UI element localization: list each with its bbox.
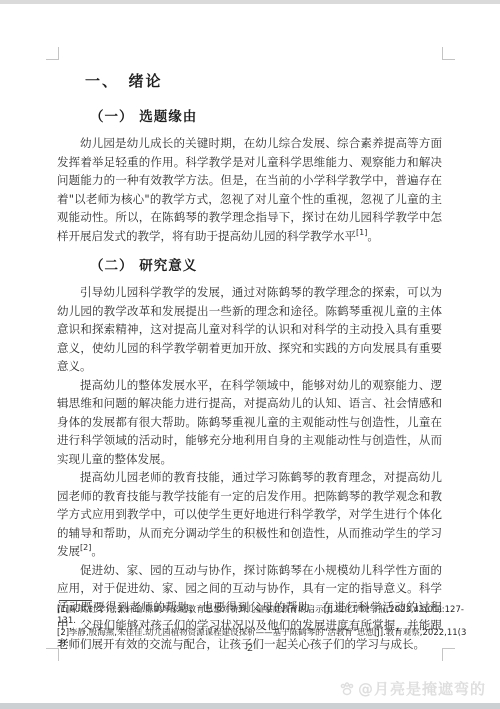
margin-corner-mark-top-right <box>442 47 455 60</box>
margin-corner-mark-top-left <box>46 47 59 60</box>
section-title-research-significance: （二） 研究意义 <box>90 254 442 274</box>
paragraph-text: 幼儿园是幼儿成长的关键时期，在幼儿综合发展、综合素养提高等方面发挥着举足轻重的作… <box>57 136 442 243</box>
footnote-ref-1: [1] <box>356 228 367 237</box>
paragraph-tail: 。 <box>91 544 103 558</box>
paragraph-tail: 。 <box>367 229 379 243</box>
page-number: 2 <box>0 643 500 654</box>
section-title-topic-origin: （一） 选题缘由 <box>90 105 442 125</box>
chapter-heading: 一、 绪论 <box>85 70 442 91</box>
paragraph-text: 引导幼儿园科学教学的发展，通过对陈鹤琴的教学理念的探索，可以为幼儿园的教学改革和… <box>57 285 442 373</box>
watermark-text: @月亮是掩遮弯的 <box>358 678 486 699</box>
paragraph-text: 提高幼儿的整体发展水平，在科学领域中，能够对幼儿的观察能力、逻辑思维和问题的解决… <box>57 378 442 466</box>
document-page: 一、 绪论 （一） 选题缘由 幼儿园是幼儿成长的关键时期，在幼儿综合发展、综合素… <box>0 0 500 709</box>
document-body: 一、 绪论 （一） 选题缘由 幼儿园是幼儿成长的关键时期，在幼儿综合发展、综合素… <box>57 70 442 653</box>
paw-icon <box>339 681 355 697</box>
paragraph-significance-2: 提高幼儿的整体发展水平，在科学领域中，能够对幼儿的观察能力、逻辑思维和问题的解决… <box>57 376 442 469</box>
bottom-page-edge <box>0 703 500 709</box>
paragraph-text: 提高幼儿园老师的教育技能，通过学习陈鹤琴的教育理念，对提高幼儿园老师的教育技能与… <box>57 470 442 558</box>
footnote-1: [1]陈琪,杜学元,张轩瑜.陈鹤琴家庭教育思想对特殊儿童家庭教育的启示[J].绥… <box>57 605 469 626</box>
footnote-separator-rule <box>59 600 92 601</box>
paragraph-topic-origin: 幼儿园是幼儿成长的关键时期，在幼儿综合发展、综合素养提高等方面发挥着举足轻重的作… <box>57 134 442 245</box>
footnote-ref-2: [2] <box>80 543 91 552</box>
paragraph-significance-3: 提高幼儿园老师的教育技能，通过学习陈鹤琴的教育理念，对提高幼儿园老师的教育技能与… <box>57 468 442 561</box>
paragraph-significance-1: 引导幼儿园科学教学的发展，通过对陈鹤琴的教学理念的探索，可以为幼儿园的教学改革和… <box>57 283 442 376</box>
top-page-edge <box>0 0 500 4</box>
watermark: @月亮是掩遮弯的 <box>339 678 486 699</box>
